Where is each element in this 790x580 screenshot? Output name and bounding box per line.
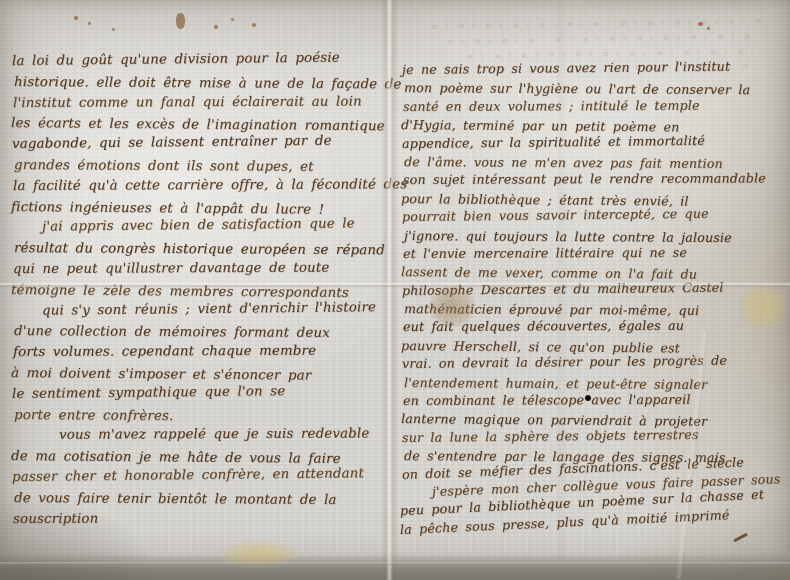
right-page-text-block: je ne sais trop si vous avez rien pour l… bbox=[402, 62, 790, 540]
handwritten-line: qui ne peut qu'illustrer davantage de to… bbox=[13, 260, 391, 282]
handwritten-line: vrai. on devrait la désirer pour les pro… bbox=[402, 352, 790, 374]
handwritten-line: sur la lune la sphère des objets terrest… bbox=[402, 426, 790, 448]
letter-page-left: la loi du goût qu'une division pour la p… bbox=[0, 0, 390, 580]
handwritten-line: et l'envie mercenaire littéraire qui ne … bbox=[403, 244, 790, 264]
handwritten-line: eut fait quelques découvertes, égales au bbox=[403, 318, 790, 338]
handwritten-line: forts volumes. cependant chaque membre bbox=[13, 344, 391, 366]
handwritten-line: santé en deux volumes ; intitulé le temp… bbox=[403, 97, 790, 117]
handwritten-line: vous m'avez rappelé que je suis redevabl… bbox=[13, 427, 391, 449]
handwritten-line: l'institut comme un fanal qui éclairerai… bbox=[13, 94, 391, 116]
handwritten-line: philosophe Descartes et du malheureux Ca… bbox=[402, 279, 790, 301]
manuscript-photo: la loi du goût qu'une division pour la p… bbox=[0, 0, 790, 580]
handwritten-line: souscription bbox=[13, 510, 391, 532]
handwritten-line: la loi du goût qu'une division pour la p… bbox=[12, 50, 390, 75]
left-page-text-block: la loi du goût qu'une division pour la p… bbox=[12, 54, 390, 532]
handwritten-line: passer cher et honorable confrère, en at… bbox=[12, 466, 390, 491]
handwritten-line: qui s'y sont réunis ; vient d'enrichir l… bbox=[12, 300, 390, 325]
handwritten-line: pourrait bien vous savoir intercepté, ce… bbox=[402, 205, 790, 227]
letter-page-right: je ne sais trop si vous avez rien pour l… bbox=[392, 0, 790, 580]
handwritten-line: j'ai appris avec bien de satisfaction qu… bbox=[12, 216, 390, 241]
handwritten-line: je ne sais trop si vous avez rien pour l… bbox=[402, 58, 790, 80]
ink-blot bbox=[585, 395, 591, 401]
handwritten-line: en combinant le télescope avec l'apparei… bbox=[403, 391, 790, 411]
handwritten-line: appendice, sur la spiritualité et immort… bbox=[402, 131, 790, 153]
handwritten-line: vagabonde, qui se laissent entraîner par… bbox=[12, 133, 390, 158]
handwritten-line: le sentiment sympathique que l'on se bbox=[12, 383, 390, 408]
handwritten-line: son sujet intéressant peut le rendre rec… bbox=[403, 171, 790, 191]
handwritten-line: la facilité qu'à cette carrière offre, à… bbox=[13, 177, 391, 199]
